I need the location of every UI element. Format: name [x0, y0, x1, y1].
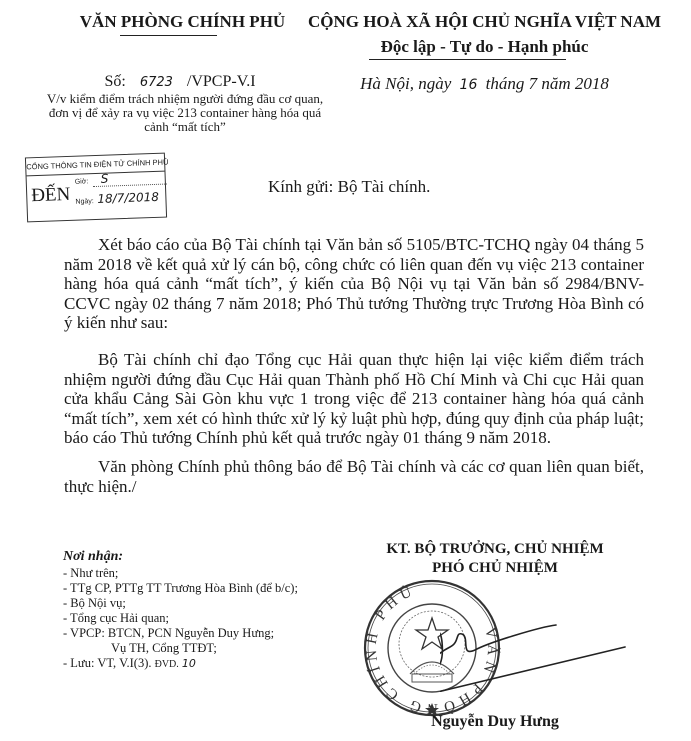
document-number: Số: 6723 /VPCP-V.I: [55, 73, 305, 91]
issuing-organization: VĂN PHÒNG CHÍNH PHỦ: [60, 12, 305, 32]
signer-title-line2: PHÓ CHỦ NHIỆM: [340, 560, 650, 577]
recipient-item: - Như trên;: [63, 566, 343, 581]
paragraph-text: Bộ Tài chính chỉ đạo Tổng cục Hải quan t…: [64, 350, 644, 447]
doc-number-suffix: /VPCP-V.I: [187, 73, 256, 90]
recipient-archive: - Lưu: VT, V.I(3). ĐVD. 10: [63, 656, 343, 672]
recipient-item: - TTg CP, PTTg TT Trương Hòa Bình (để b/…: [63, 581, 343, 596]
signer-name: Nguyễn Duy Hưng: [340, 713, 650, 731]
handwritten-signature-icon: [440, 612, 691, 692]
recipients-list: Nơi nhận: - Như trên; - TTg CP, PTTg TT …: [63, 548, 343, 672]
body-paragraph: Xét báo cáo của Bộ Tài chính tại Văn bản…: [64, 235, 644, 333]
body-paragraph: Văn phòng Chính phủ thông báo để Bộ Tài …: [64, 457, 644, 496]
date-day-handwritten: 16: [460, 77, 478, 93]
recipient-item: - Tổng cục Hải quan;: [63, 611, 343, 626]
addressee: Kính gửi: Bộ Tài chính.: [268, 177, 430, 197]
document-subject: V/v kiểm điểm trách nhiệm người đứng đầu…: [40, 92, 330, 134]
stamp-time-value: S: [92, 170, 166, 188]
archive-prefix: - Lưu: VT, V.I(3).: [63, 656, 151, 670]
paragraph-text: Xét báo cáo của Bộ Tài chính tại Văn bản…: [64, 235, 644, 332]
recipient-item: - Bộ Nội vụ;: [63, 596, 343, 611]
recipients-title: Nơi nhận:: [63, 548, 343, 566]
stamp-date-label: Ngày:: [75, 198, 94, 206]
stamp-den-label: ĐẾN: [31, 184, 71, 207]
date-suffix: tháng 7 năm 2018: [486, 74, 609, 93]
archive-code: ĐVD.: [155, 659, 179, 670]
doc-number-prefix: Số:: [104, 73, 125, 90]
national-motto: Độc lập - Tự do - Hạnh phúc: [292, 37, 677, 57]
archive-count-handwritten: 10: [182, 657, 196, 670]
recipient-item-continuation: Vụ TH, Cổng TTĐT;: [63, 641, 343, 656]
received-stamp: CỔNG THÔNG TIN ĐIỆN TỬ CHÍNH PHỦ ĐẾN Giờ…: [25, 153, 167, 223]
motto-underline: [369, 59, 566, 60]
doc-number-handwritten: 6723: [140, 75, 173, 90]
date-prefix: Hà Nội, ngày: [360, 74, 451, 93]
stamp-time-label: Giờ:: [75, 178, 89, 185]
national-title: CỘNG HOÀ XÃ HỘI CHỦ NGHĨA VIỆT NAM: [292, 12, 677, 32]
issue-date: Hà Nội, ngày 16 tháng 7 năm 2018: [292, 74, 677, 94]
recipient-item: - VPCP: BTCN, PCN Nguyễn Duy Hưng;: [63, 626, 343, 641]
stamp-date-value: 18/7/2018: [97, 190, 159, 206]
body-paragraph: Bộ Tài chính chỉ đạo Tổng cục Hải quan t…: [64, 350, 644, 448]
organization-underline: [120, 35, 217, 36]
signer-title-line1: KT. BỘ TRƯỞNG, CHỦ NHIỆM: [340, 541, 650, 558]
paragraph-text: Văn phòng Chính phủ thông báo để Bộ Tài …: [64, 457, 644, 496]
